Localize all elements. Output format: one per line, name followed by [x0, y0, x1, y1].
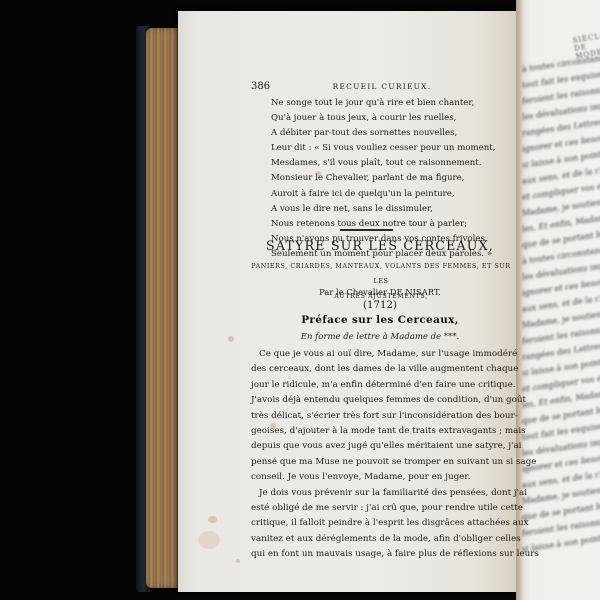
year: (1712): [240, 300, 520, 311]
page-edges: [146, 28, 180, 588]
running-head-title: RECUEIL CURIEUX.: [251, 82, 513, 91]
verse-line: Auroit à faire ici de quelqu'un la peint…: [271, 187, 511, 202]
body-line: vanitez et aux déréglements de la mode, …: [251, 532, 513, 547]
section-divider: [340, 229, 393, 231]
verse-line: Leur dit : « Si vous vouliez cesser pour…: [271, 141, 511, 156]
body-line: geoises, d'ajouter à la mode tant de tra…: [251, 424, 513, 439]
verse-line: Monsieur le Chevalier, parlant de ma fig…: [271, 171, 511, 186]
body-line: depuis que vous avez jugé qu'elles mérit…: [251, 439, 513, 454]
body-line: Ce que je vous ai ouï dire, Madame, sur …: [251, 347, 513, 362]
preface-subtitle: En forme de lettre à Madame de ***.: [240, 332, 520, 342]
body-text: Ce que je vous ai ouï dire, Madame, sur …: [251, 347, 513, 563]
preface-title: Préface sur les Cerceaux,: [240, 314, 520, 326]
author-line: Par le Chevalier DE NISART.: [240, 287, 520, 297]
foxing-stain: [208, 516, 217, 523]
body-line: Je dois vous prévenir sur la familiarité…: [251, 486, 513, 501]
verse-line: Ne songe tout le jour qu'à rire et bien …: [271, 96, 511, 111]
body-line: critique, il falloit peindre à l'esprit …: [251, 516, 513, 531]
foxing-stain: [236, 559, 240, 563]
book-page-right: SIÈCLE DE MODE à toutes circonstances to…: [516, 0, 600, 600]
foxing-stain: [198, 531, 220, 549]
body-line: pensé que ma Muse ne pouvoit se tromper …: [251, 455, 513, 470]
verse-line: A débiter par-tout des sornettes nouvell…: [271, 126, 511, 141]
body-line: très délicat, s'écrier très fort sur l'i…: [251, 409, 513, 424]
body-line: esté obligé de me servir : j'ai crû que,…: [251, 501, 513, 516]
verse-line: A vous le dire net, sans le dissimuler,: [271, 202, 511, 217]
section-title: SATYRE SUR LES CERCEAUX,: [240, 238, 520, 253]
foxing-stain: [228, 336, 234, 342]
body-line: jour le ridicule, m'a enfin déterminé d'…: [251, 378, 513, 393]
facing-page-text: à toutes circonstances tout fait les exq…: [522, 49, 600, 558]
body-line: des cerceaux, dont les dames de la ville…: [251, 362, 513, 377]
body-line: conseil. Je vous l'envoye, Madame, pour …: [251, 470, 513, 485]
section-subtitle: PANIERS, CRIARDES, MANTEAUX, VOLANTS DES…: [250, 259, 512, 304]
verse-line: Mesdames, s'il vous plaît, tout ce raiso…: [271, 156, 511, 171]
verse-line: Qu'à jouer à tous jeux, à courir les rue…: [271, 111, 511, 126]
body-line: qui en font un mauvais usage, à faire pl…: [251, 547, 513, 562]
body-line: J'avois déjà entendu quelques femmes de …: [251, 393, 513, 408]
